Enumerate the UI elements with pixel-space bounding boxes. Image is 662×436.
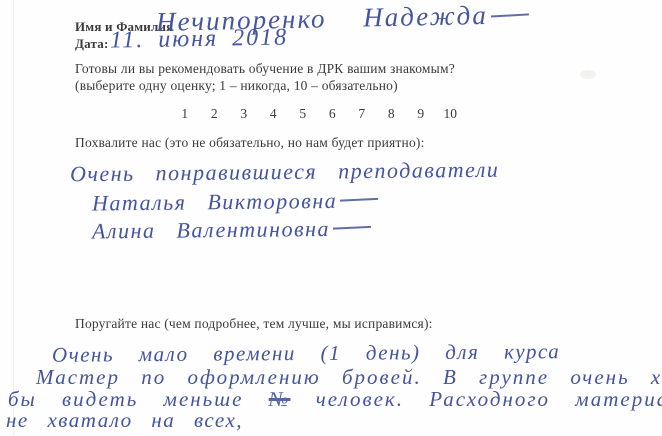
- praise-handwritten-line3: Алина Валентиновна: [92, 216, 371, 245]
- rating-scale: 1 2 3 4 5 6 7 8 9 10: [170, 106, 465, 122]
- critique-label: Поругайте нас (чем подробнее, тем лучше,…: [75, 316, 433, 332]
- rating-number: 2: [200, 106, 230, 122]
- rating-number: 10: [436, 106, 466, 122]
- critique-text-after-strike: человек. Расходного материала: [316, 387, 662, 411]
- crossed-out-word: №: [269, 387, 291, 411]
- praise-label: Похвалите нас (это не обязательно, но на…: [75, 135, 425, 151]
- question-line1: Готовы ли вы рекомендовать обучение в ДР…: [75, 61, 455, 77]
- question-line2: (выберите одну оценку; 1 – никогда, 10 –…: [75, 78, 398, 94]
- rating-number: 7: [347, 106, 377, 122]
- scan-artifact-line: [13, 0, 14, 436]
- scanned-feedback-form: Имя и Фамилия Нечипоренко Надежда Дата: …: [0, 0, 662, 436]
- critique-handwritten-line1: Очень мало времени (1 день) для курса: [52, 339, 560, 368]
- critique-handwritten-line4: не хватало на всех,: [6, 408, 243, 433]
- rating-number: 6: [318, 106, 348, 122]
- rating-number: 5: [288, 106, 318, 122]
- praise-handwritten-line1: Очень понравившиеся преподаватели: [70, 157, 500, 187]
- rating-number: 1: [170, 106, 200, 122]
- rating-number: 3: [229, 106, 259, 122]
- praise-handwritten-line2: Наталья Викторовна: [92, 188, 378, 217]
- scan-artifact-smudge: [580, 70, 596, 79]
- rating-number: 4: [259, 106, 289, 122]
- date-label: Дата:: [75, 36, 108, 52]
- rating-number: 9: [406, 106, 436, 122]
- rating-number: 8: [377, 106, 407, 122]
- date-handwritten-value: 11. июня 2018: [110, 24, 289, 54]
